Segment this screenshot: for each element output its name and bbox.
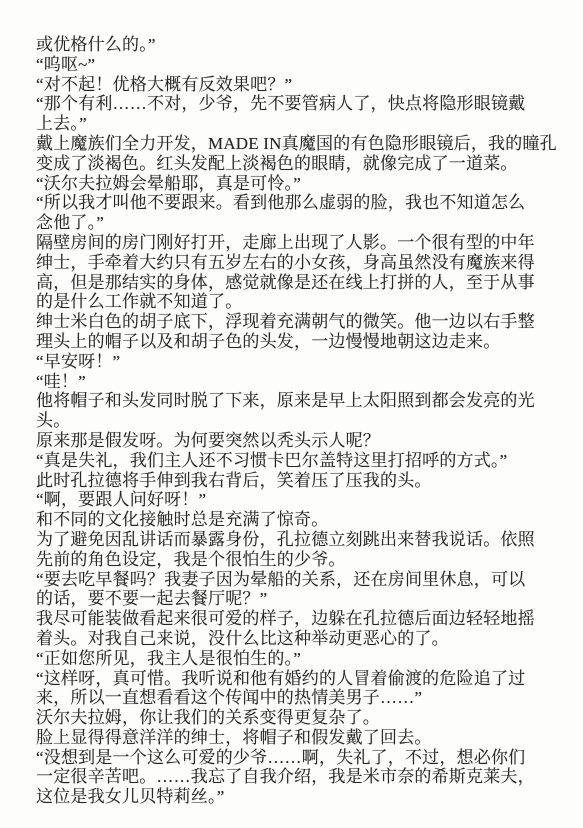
text-line: 戴上魔族们全力开发，MADE IN真魔国的有色隐形眼镜后，我的瞳孔	[36, 134, 550, 154]
text-line: 的是什么工作就不知道了。	[36, 292, 550, 312]
text-line: “啊，要跟人问好呀！”	[36, 490, 550, 510]
text-line: 念他了。”	[36, 213, 550, 233]
text-line: 着头。对我自己来说，没什么比这种举动更恶心的了。	[36, 629, 550, 649]
text-line: 一定很辛苦吧。……我忘了自我介绍，我是米市奈的希斯克莱夫，	[36, 767, 550, 787]
text-line: 理头上的帽子以及和胡子色的头发，一边慢慢地朝这边走来。	[36, 332, 550, 352]
text-line: 隔壁房间的房门刚好打开，走廊上出现了人影。一个很有型的中年	[36, 233, 550, 253]
text-line: “真是失礼，我们主人还不习惯卡巴尔盖特这里打招呼的方式。”	[36, 451, 550, 471]
text-line: “早安呀！”	[36, 352, 550, 372]
text-line: “这样呀，真可惜。我听说和他有婚约的人冒着偷渡的危险追了过	[36, 669, 550, 689]
text-line: 来，所以一直想看看这个传闻中的热情美男子……”	[36, 688, 550, 708]
text-line: 变成了淡褐色。红头发配上淡褐色的眼睛，就像完成了一道菜。	[36, 154, 550, 174]
text-line: 和不同的文化接触时总是充满了惊奇。	[36, 510, 550, 530]
text-line: “呜呕~”	[36, 55, 550, 75]
text-line: 上去。”	[36, 114, 550, 134]
text-line: 他将帽子和头发同时脱了下来，原来是早上太阳照到都会发亮的光	[36, 391, 550, 411]
text-line: 我尽可能装做看起来很可爱的样子，边躲在孔拉德后面边轻轻地摇	[36, 609, 550, 629]
text-block: 或优格什么的。”“呜呕~”“对不起！优格大概有反效果吧？”“那个有利……不对，少…	[36, 35, 550, 807]
text-line: 先前的角色设定，我是个很怕生的少爷。	[36, 550, 550, 570]
text-line: “沃尔夫拉姆会晕船耶，真是可怜。”	[36, 174, 550, 194]
text-line: 绅士米白色的胡子底下，浮现着充满朝气的微笑。他一边以右手整	[36, 312, 550, 332]
text-line: 高，但是那结实的身体，感觉就像是还在线上打拼的人，至于从事	[36, 273, 550, 293]
text-line: 沃尔夫拉姆，你让我们的关系变得更复杂了。	[36, 708, 550, 728]
text-line: “没想到是一个这么可爱的少爷……啊，失礼了，不过，想必你们	[36, 748, 550, 768]
text-line: 的话，要不要一起去餐厅呢？”	[36, 589, 550, 609]
text-line: “正如您所见，我主人是很怕生的。”	[36, 649, 550, 669]
text-line: 这位是我女儿贝特莉丝。”	[36, 787, 550, 807]
text-line: “那个有利……不对，少爷，先不要管病人了，快点将隐形眼镜戴	[36, 94, 550, 114]
text-line: 脸上显得得意洋洋的绅士，将帽子和假发戴了回去。	[36, 728, 550, 748]
text-line: 绅士，手牵着大约只有五岁左右的小女孩，身高虽然没有魔族来得	[36, 253, 550, 273]
text-line: “要去吃早餐吗？我妻子因为晕船的关系，还在房间里休息，可以	[36, 570, 550, 590]
text-line: “哇！”	[36, 372, 550, 392]
text-line: 原来那是假发呀。为何要突然以秃头示人呢？	[36, 431, 550, 451]
document-page: 或优格什么的。”“呜呕~”“对不起！优格大概有反效果吧？”“那个有利……不对，少…	[0, 0, 583, 828]
text-line: “对不起！优格大概有反效果吧？”	[36, 75, 550, 95]
text-line: “所以我才叫他不要跟来。看到他那么虚弱的脸，我也不知道怎么	[36, 193, 550, 213]
text-line: 为了避免因乱讲话而暴露身份，孔拉德立刻跳出来替我说话。依照	[36, 530, 550, 550]
text-line: 或优格什么的。”	[36, 35, 550, 55]
text-line: 此时孔拉德将手伸到我右背后，笑着压了压我的头。	[36, 471, 550, 491]
text-line: 头。	[36, 411, 550, 431]
